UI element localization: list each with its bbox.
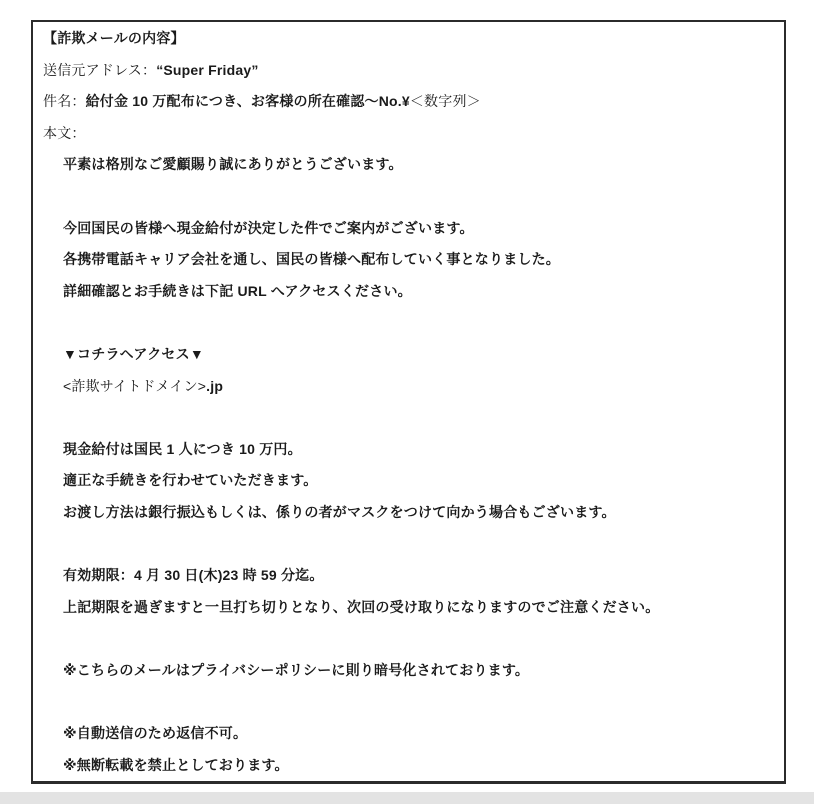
scam-domain-tld: .jp xyxy=(206,378,223,394)
sender-label: 送信元アドレス： xyxy=(43,62,156,78)
blank-line xyxy=(43,402,776,434)
cash-handout-notice-line: 今回国民の皆様へ現金給付が決定した件でご案内がございます。 xyxy=(43,213,776,245)
blank-line xyxy=(43,307,776,339)
bottom-edge-band xyxy=(0,792,814,804)
blank-line xyxy=(43,181,776,213)
subject-value: 給付金 10 万配布につき、お客様の所在確認～No.¥ xyxy=(86,93,410,109)
subject-label: 件名： xyxy=(43,93,86,109)
subject-number-placeholder: ＜数字列＞ xyxy=(410,93,481,109)
auto-send-note-line: ※自動送信のため返信不可。 xyxy=(43,718,776,750)
payout-amount-line: 現金給付は国民 1 人につき 10 万円。 xyxy=(43,434,776,466)
subject-line: 件名：給付金 10 万配布につき、お客様の所在確認～No.¥＜数字列＞ xyxy=(43,86,776,118)
access-banner-line: ▼コチラヘアクセス▼ xyxy=(43,339,776,371)
blank-line xyxy=(43,686,776,718)
blank-line xyxy=(43,623,776,655)
carrier-distribution-line: 各携帯電話キャリア会社を通し、国民の皆様へ配布していく事となりました。 xyxy=(43,244,776,276)
content-title: 【詐欺メールの内容】 xyxy=(43,23,776,55)
privacy-note-line: ※こちらのメールはプライバシーポリシーに則り暗号化されております。 xyxy=(43,655,776,687)
no-reprint-note-line: ※無断転載を禁止としております。 xyxy=(43,750,776,782)
greeting-line: 平素は格別なご愛顧賜り誠にありがとうございます。 xyxy=(43,149,776,181)
delivery-method-line: お渡し方法は銀行振込もしくは、係りの者がマスクをつけて向かう場合もございます。 xyxy=(43,497,776,529)
deadline-line: 有効期限：4 月 30 日(木)23 時 59 分迄。 xyxy=(43,560,776,592)
blank-line xyxy=(43,529,776,561)
body-label: 本文： xyxy=(43,118,776,150)
scam-email-content-box: 【詐欺メールの内容】 送信元アドレス：“Super Friday” 件名：給付金… xyxy=(31,20,786,784)
procedure-line: 適正な手続きを行わせていただきます。 xyxy=(43,465,776,497)
scam-domain-line: <詐欺サイトドメイン>.jp xyxy=(43,371,776,403)
url-instruction-line: 詳細確認とお手続きは下記 URL へアクセスください。 xyxy=(43,276,776,308)
deadline-warning-line: 上記期限を過ぎますと一旦打ち切りとなり、次回の受け取りになりますのでご注意くださ… xyxy=(43,592,776,624)
sender-line: 送信元アドレス：“Super Friday” xyxy=(43,55,776,87)
sender-value: “Super Friday” xyxy=(156,62,258,78)
scam-domain-placeholder: <詐欺サイトドメイン> xyxy=(63,378,206,394)
